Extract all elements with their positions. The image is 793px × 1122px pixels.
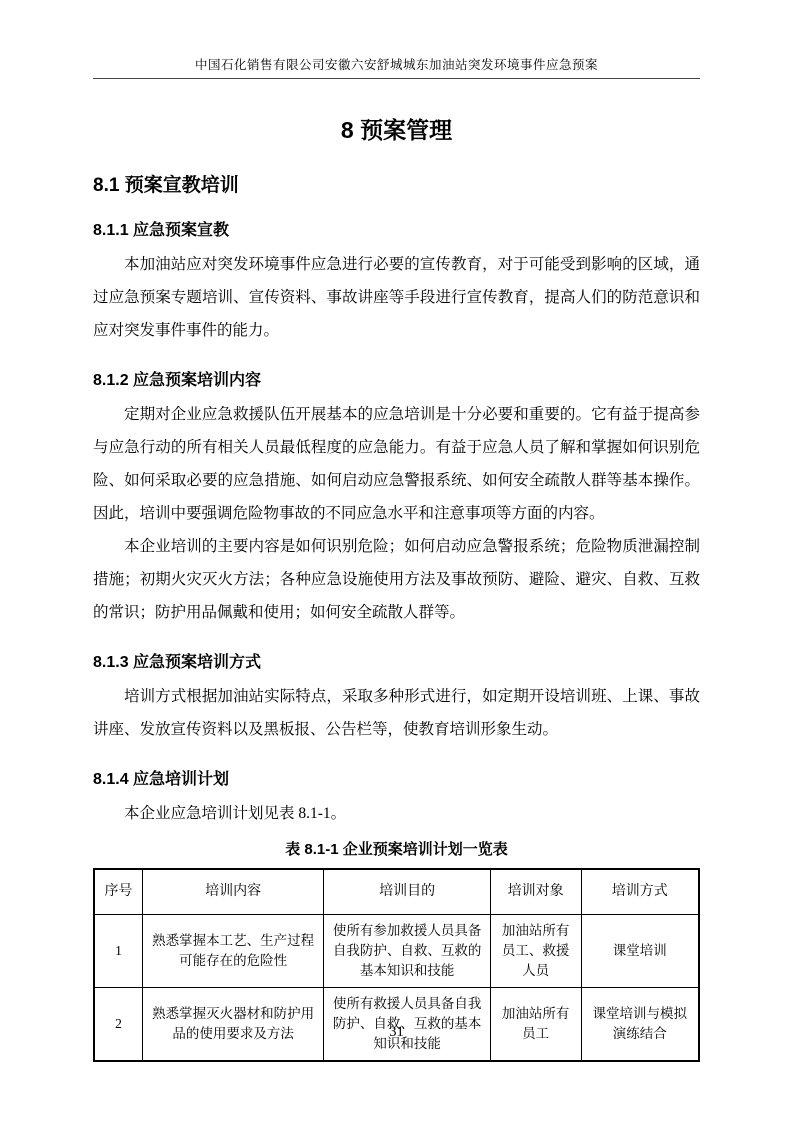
col-header-method: 培训方式	[581, 869, 699, 914]
section-heading-8-1: 8.1 预案宣教培训	[93, 170, 700, 197]
subsection-heading-8-1-3: 8.1.3 应急预案培训方式	[93, 649, 700, 672]
col-header-purpose: 培训目的	[324, 869, 490, 914]
col-header-target: 培训对象	[490, 869, 581, 914]
paragraph-8-1-2-b: 本企业培训的主要内容是如何识别危险；如何启动应急警报系统；危险物质泄漏控制措施；…	[93, 530, 700, 629]
document-header-title: 中国石化销售有限公司安徽六安舒城城东加油站突发环境事件应急预案	[93, 0, 700, 73]
chapter-title: 8 预案管理	[93, 112, 700, 145]
cell-target: 加油站所有员工、救援人员	[490, 914, 581, 987]
header-divider	[93, 78, 700, 79]
col-header-content: 培训内容	[142, 869, 324, 914]
paragraph-8-1-2-a: 定期对企业应急救援队伍开展基本的应急培训是十分必要和重要的。它有益于提高参与应急…	[93, 398, 700, 530]
page-number: 31	[0, 1024, 793, 1041]
cell-number: 1	[94, 914, 142, 987]
cell-content: 熟悉掌握本工艺、生产过程可能存在的危险性	[142, 914, 324, 987]
table-caption: 表 8.1-1 企业预案培训计划一览表	[93, 838, 700, 859]
paragraph-8-1-3: 培训方式根据加油站实际特点，采取多种形式进行，如定期开设培训班、上课、事故讲座、…	[93, 680, 700, 746]
paragraph-8-1-4: 本企业应急培训计划见表 8.1-1。	[93, 797, 700, 830]
subsection-heading-8-1-2: 8.1.2 应急预案培训内容	[93, 367, 700, 390]
cell-method: 课堂培训	[581, 914, 699, 987]
table-row: 1 熟悉掌握本工艺、生产过程可能存在的危险性 使所有参加救援人员具备自我防护、自…	[94, 914, 699, 987]
subsection-heading-8-1-4: 8.1.4 应急培训计划	[93, 766, 700, 789]
paragraph-8-1-1: 本加油站应对突发环境事件应急进行必要的宣传教育，对于可能受到影响的区域，通过应急…	[93, 248, 700, 347]
subsection-heading-8-1-1: 8.1.1 应急预案宣教	[93, 217, 700, 240]
cell-purpose: 使所有参加救援人员具备自我防护、自救、互救的基本知识和技能	[324, 914, 490, 987]
table-header-row: 序号 培训内容 培训目的 培训对象 培训方式	[94, 869, 699, 914]
document-page: 中国石化销售有限公司安徽六安舒城城东加油站突发环境事件应急预案 8 预案管理 8…	[0, 0, 793, 1122]
col-header-number: 序号	[94, 869, 142, 914]
